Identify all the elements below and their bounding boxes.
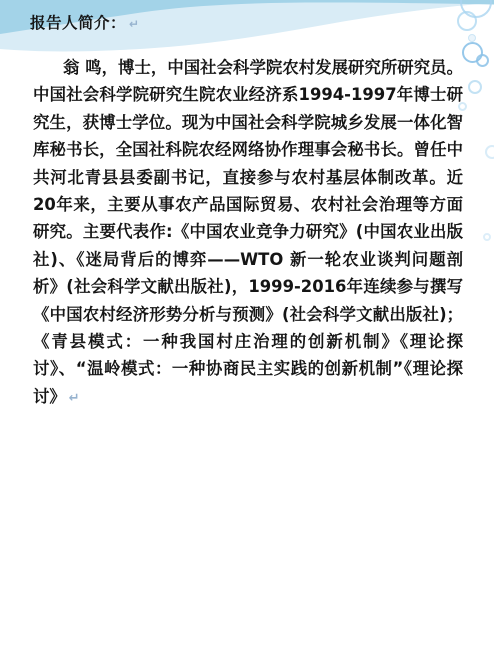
paragraph-return-mark: ↵: [69, 391, 80, 406]
bubble-icon: [483, 233, 491, 241]
paragraph-return-mark: ↵: [129, 17, 139, 31]
bio-text: 翁 鸣，博士，中国社会科学院农村发展研究所研究员。中国社会科学院研究生院农业经济…: [33, 58, 463, 406]
page-title: 报告人简介：: [30, 14, 126, 32]
bubble-icon: [468, 34, 476, 42]
bubble-icon: [457, 11, 477, 31]
bubble-icon: [468, 80, 482, 94]
bubble-icon: [476, 54, 489, 67]
title-row: 报告人简介：↵: [30, 11, 139, 33]
slide: 报告人简介：↵ 翁 鸣，博士，中国社会科学院农村发展研究所研究员。中国社会科学院…: [0, 0, 494, 658]
bio-paragraph: 翁 鸣，博士，中国社会科学院农村发展研究所研究员。中国社会科学院研究生院农业经济…: [33, 54, 463, 412]
bubble-icon: [485, 145, 494, 159]
